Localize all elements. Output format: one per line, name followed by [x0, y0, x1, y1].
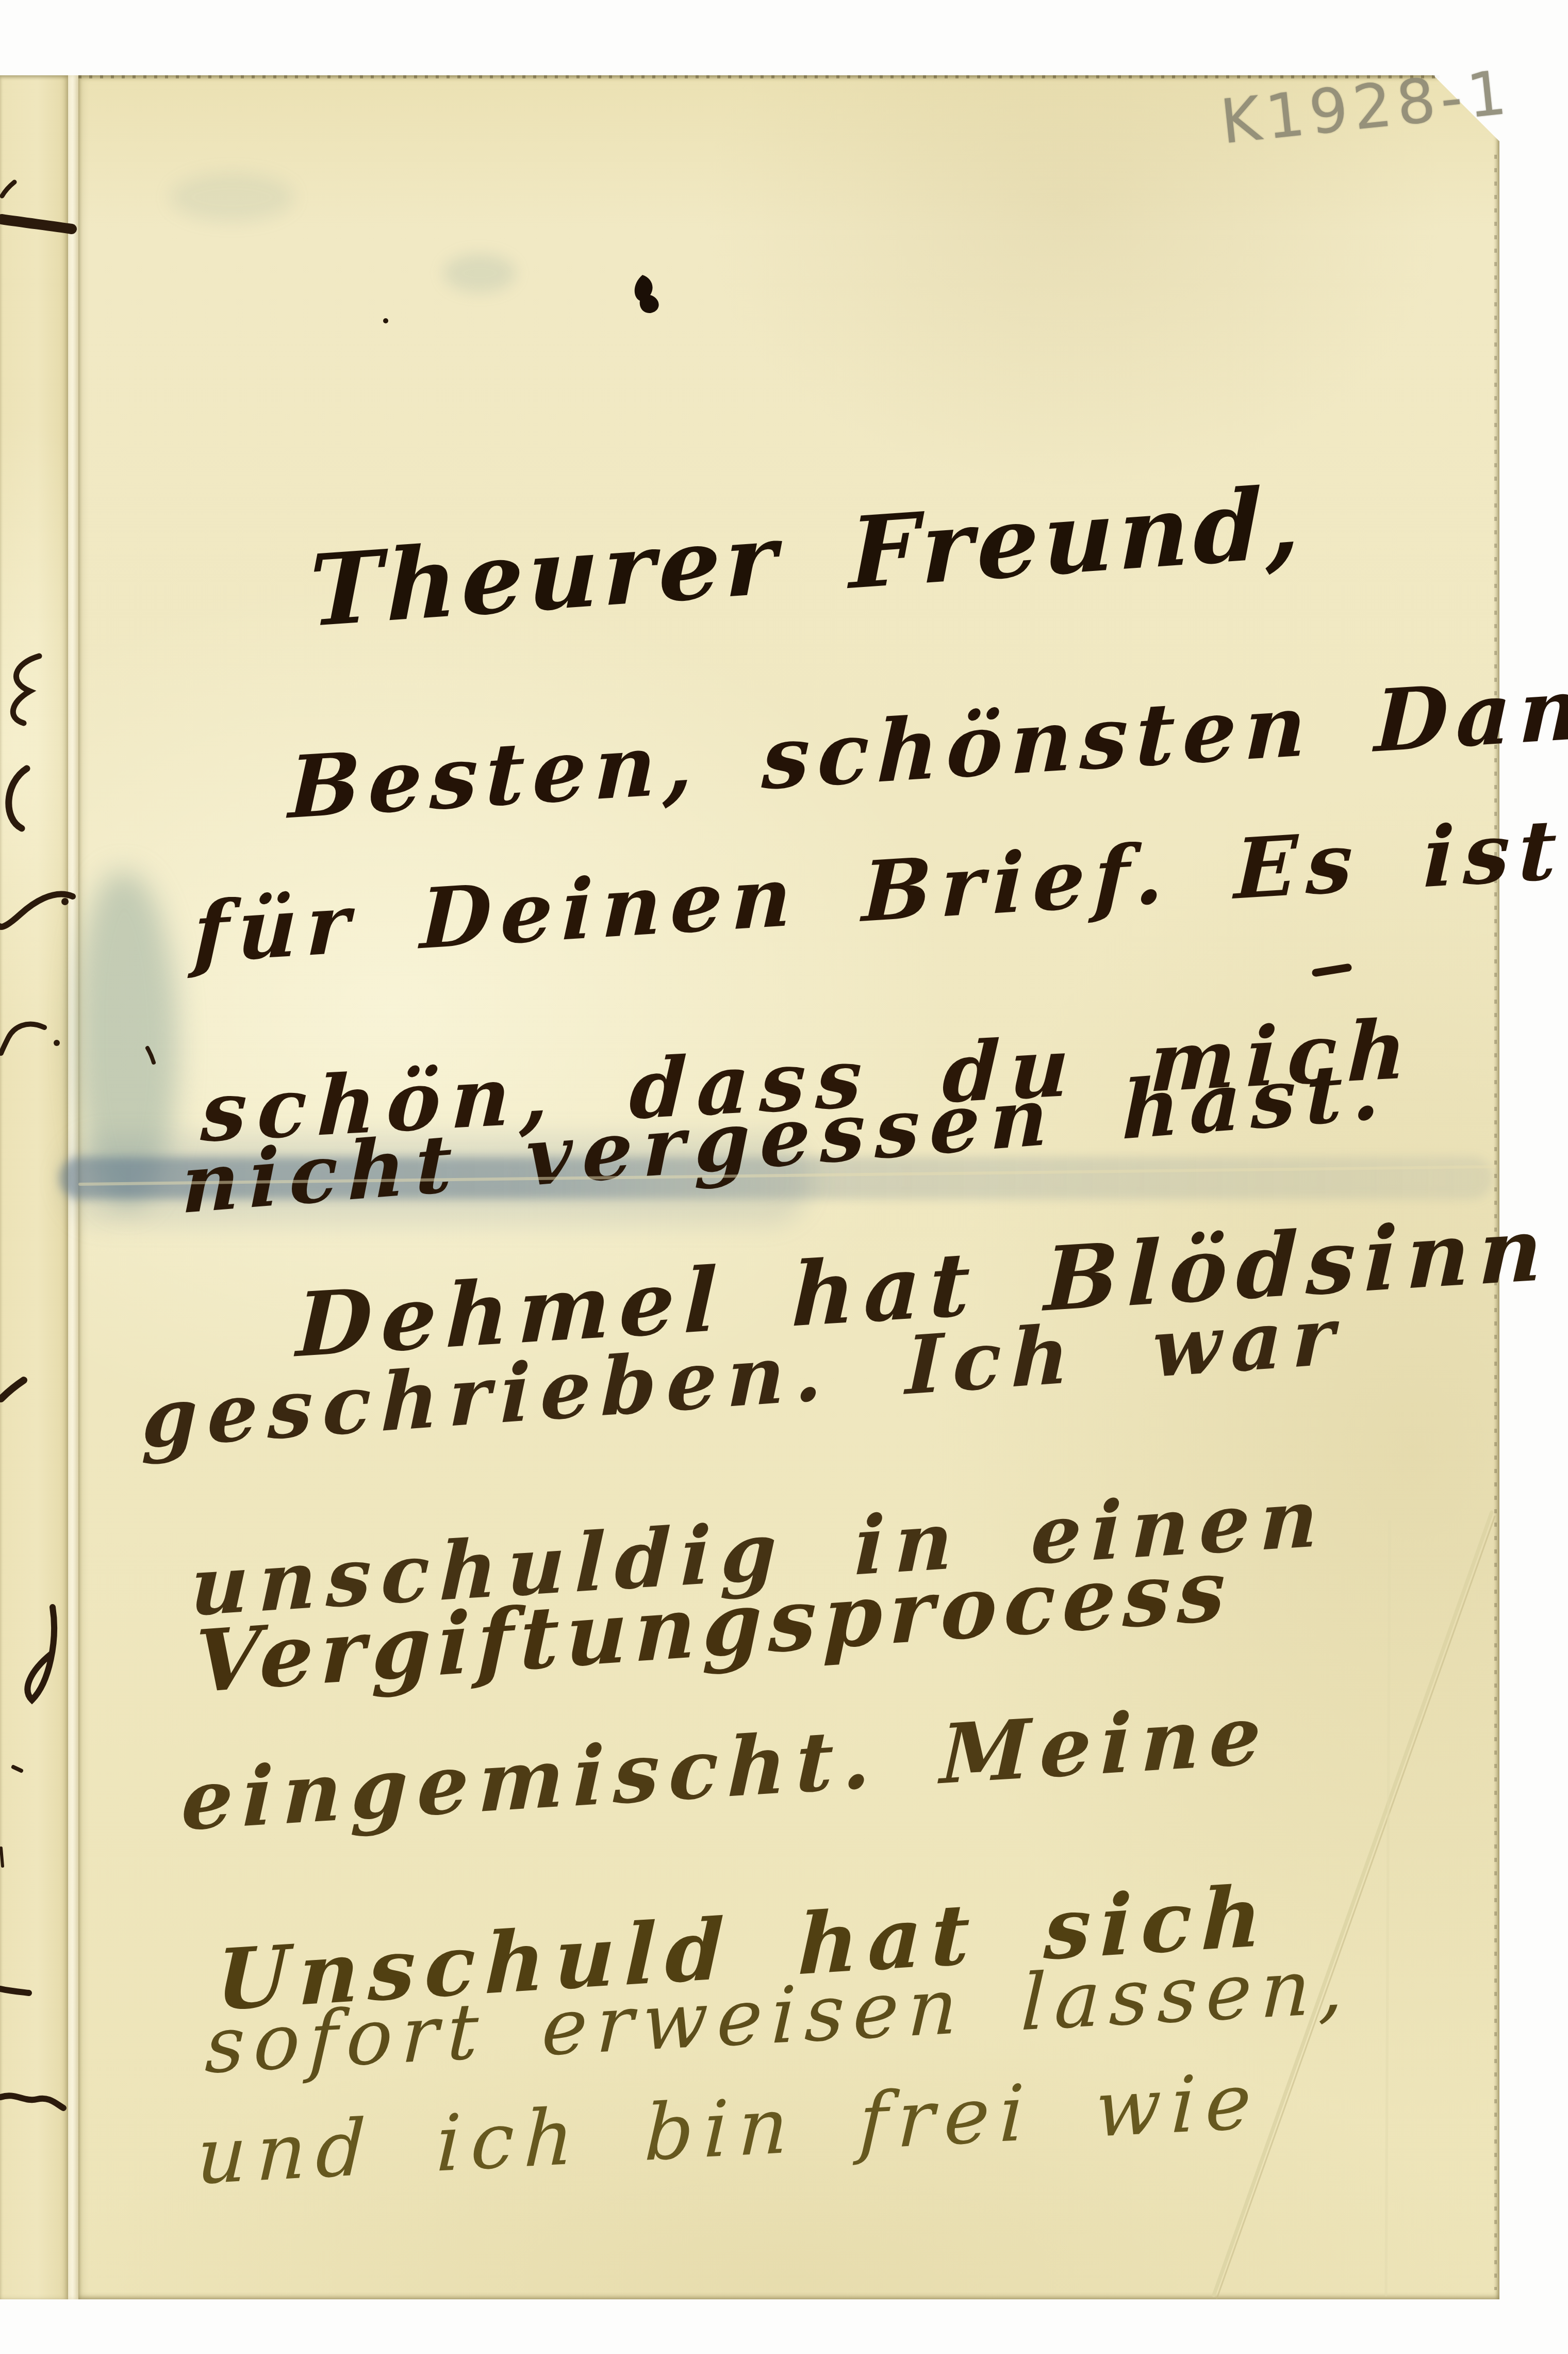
diagonal-crease — [1217, 1516, 1495, 2298]
ink-fragment — [13, 1767, 21, 1771]
ink-blot — [635, 275, 659, 313]
ink-fragment — [1, 1024, 44, 1053]
marks-overlay — [0, 0, 1568, 2354]
pen-dash — [1316, 968, 1348, 973]
vertical-crease — [1386, 1522, 1390, 2295]
ink-fragment — [0, 894, 73, 927]
ink-dot — [383, 318, 388, 323]
ink-fragment — [27, 1607, 54, 1700]
ink-fragment — [54, 1040, 60, 1046]
ink-fragment — [61, 898, 69, 905]
diagonal-crease — [1214, 1512, 1492, 2295]
ink-fragment — [1, 2096, 63, 2108]
ink-fragment — [147, 1048, 154, 1062]
ink-fragment — [1, 1380, 24, 1399]
horizontal-fold-crease — [80, 1167, 1494, 1184]
ink-fragment — [1, 1989, 29, 1993]
ink-fragment — [2, 219, 72, 229]
letter-scan: K1928-1 Theurer Freund, Besten, schönste… — [0, 0, 1568, 2354]
ink-fragment — [1, 1848, 3, 1866]
ink-fragment — [9, 769, 27, 828]
ink-fragment — [13, 656, 39, 723]
ink-fragment — [2, 182, 14, 196]
